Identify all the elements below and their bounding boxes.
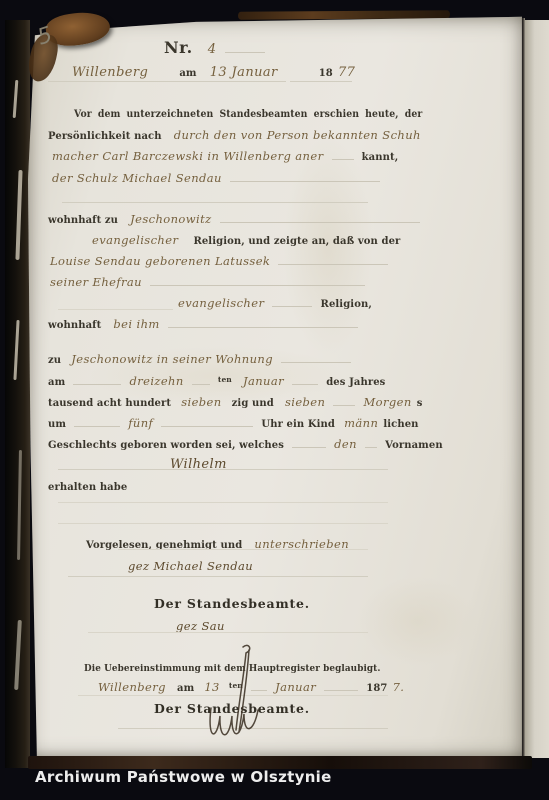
archive-scan-viewport: A. Nr. 4 Willenberg am 13 Januar 18 77 V…: [0, 0, 549, 800]
certification-ten-suffix: ten: [229, 681, 243, 690]
fill-line: [48, 81, 286, 82]
blank-rule: [58, 502, 388, 503]
received-printed: erhalten habe: [48, 482, 127, 493]
decade-written: sieben: [181, 395, 221, 409]
fill-line: [292, 444, 326, 448]
blank-rule: [62, 202, 368, 203]
fill-line: [74, 423, 120, 427]
daytime-written: Morgen: [363, 395, 411, 409]
gender-written: männ: [344, 416, 378, 430]
registrar-title2-printed: Der Standesbeamte.: [154, 701, 310, 716]
declarant-signature-written: gez Michael Sendau: [128, 559, 253, 573]
hour-written: fünf: [128, 416, 153, 430]
article-written: den: [334, 437, 357, 451]
fill-line: [58, 309, 173, 310]
unit-written: sieben: [285, 395, 325, 409]
book-binding-left-edge: [5, 20, 30, 768]
intro-line-3-printed: kannt,: [362, 152, 399, 163]
residence-value-written: Jeschonowitz: [130, 212, 211, 226]
blank-rule: [68, 576, 368, 577]
fill-line: [73, 381, 121, 385]
birth-day-written: dreizehn: [129, 374, 183, 388]
zig-printed: zig und: [232, 398, 274, 409]
birthplace-printed: zu: [48, 355, 61, 366]
year-suffix-written: 77: [338, 65, 355, 80]
page-edge-highlight: [13, 320, 19, 380]
certification-am-label: am: [177, 683, 194, 694]
fill-line: [278, 261, 388, 265]
intro-line-3-written: macher Carl Barczewski in Willenberg ane…: [52, 149, 323, 163]
am-label: am: [179, 68, 196, 79]
page-edge-highlight: [13, 80, 19, 118]
year-prefix-printed: 18: [319, 68, 333, 79]
intro-line-2-written: durch den von Person bekannten Schuh: [174, 128, 421, 142]
fill-line: [118, 728, 388, 729]
fill-line: [58, 469, 388, 470]
register-page: A. Nr. 4 Willenberg am 13 Januar 18 77 V…: [28, 16, 522, 758]
birthplace-written: Jeschonowitz in seiner Wohnung: [71, 352, 273, 366]
archive-watermark-caption: Archiwum Państwowe w Olsztynie: [35, 768, 332, 786]
fill-line: [292, 381, 318, 385]
ten-suffix-printed: ten: [218, 375, 232, 384]
fill-line: [220, 219, 420, 223]
fill-line: [192, 381, 210, 385]
fill-line: [332, 156, 354, 160]
fill-line: [333, 402, 355, 406]
page-edge-highlight: [14, 620, 22, 690]
fill-line: [272, 303, 312, 307]
residence2-label: wohnhaft: [48, 320, 101, 331]
certification-statement-printed: Die Uebereinstimmung mit dem Hauptregist…: [84, 663, 381, 674]
fill-line: [168, 324, 358, 328]
fill-line: [88, 632, 368, 633]
certification-day-written: 13: [204, 680, 219, 694]
fill-line: [150, 282, 365, 286]
fill-line: [161, 423, 253, 427]
blank-rule: [58, 523, 388, 524]
intro-line-2-printed: Persönlichkeit nach: [48, 131, 162, 142]
vornamen-printed: Vornamen: [385, 440, 443, 451]
intro-line-1: Vor dem unterzeichneten Standesbeamten e…: [74, 109, 422, 120]
mother-relation-written: seiner Ehefrau: [50, 275, 142, 289]
fill-line: [324, 687, 358, 691]
religion1-printed: Religion, und zeigte an, daß von der: [193, 236, 400, 247]
year-label-printed: des Jahres: [326, 377, 385, 388]
clock-printed: Uhr ein Kind: [261, 419, 335, 430]
birth-am-label: am: [48, 377, 65, 388]
certification-year-prefix: 187: [366, 683, 387, 694]
record-number-label: Nr.: [164, 38, 193, 57]
fill-line: [118, 549, 368, 550]
residence2-value-written: bei ihm: [113, 317, 159, 331]
um-label: um: [48, 419, 66, 430]
s-suffix-printed: s: [417, 398, 423, 409]
page-edge-highlight: [17, 450, 22, 560]
mother-name-written: Louise Sendau geborenen Latussek: [50, 254, 270, 268]
religion2-written: evangelischer: [178, 296, 264, 310]
certification-month-written: Januar: [275, 680, 316, 694]
fill-line: [230, 178, 380, 182]
birth-month-written: Januar: [243, 374, 284, 388]
thousand-printed: tausend acht hundert: [48, 398, 171, 409]
fill-line: [281, 359, 351, 363]
fill-line: [290, 81, 352, 82]
gender-printed: lichen: [383, 419, 418, 430]
fill-line: [78, 695, 388, 696]
book-binding-top-edge: [238, 10, 450, 19]
fill-line: [251, 687, 267, 691]
page-stain: [358, 576, 478, 666]
registrar-title-printed: Der Standesbeamte.: [154, 596, 310, 611]
fill-line: [365, 444, 377, 448]
record-place-written: Willenberg: [72, 65, 148, 80]
born-printed: Geschlechts geboren worden sei, welches: [48, 440, 284, 451]
religion1-written: evangelischer: [92, 233, 178, 247]
residence-label: wohnhaft zu: [48, 215, 118, 226]
record-number-value: 4: [208, 42, 217, 57]
page-edge-highlight: [15, 170, 22, 260]
declarant-name-written: der Schulz Michael Sendau: [52, 171, 222, 185]
adjacent-page-edge: [525, 20, 549, 758]
certification-place-written: Willenberg: [98, 680, 166, 694]
registrar-signature-written: gez Sau: [176, 619, 225, 633]
certification-year-suffix: 7.: [393, 680, 405, 694]
religion2-printed: Religion,: [321, 299, 372, 310]
fill-line: [225, 49, 265, 53]
record-date-written: 13 Januar: [210, 65, 278, 80]
